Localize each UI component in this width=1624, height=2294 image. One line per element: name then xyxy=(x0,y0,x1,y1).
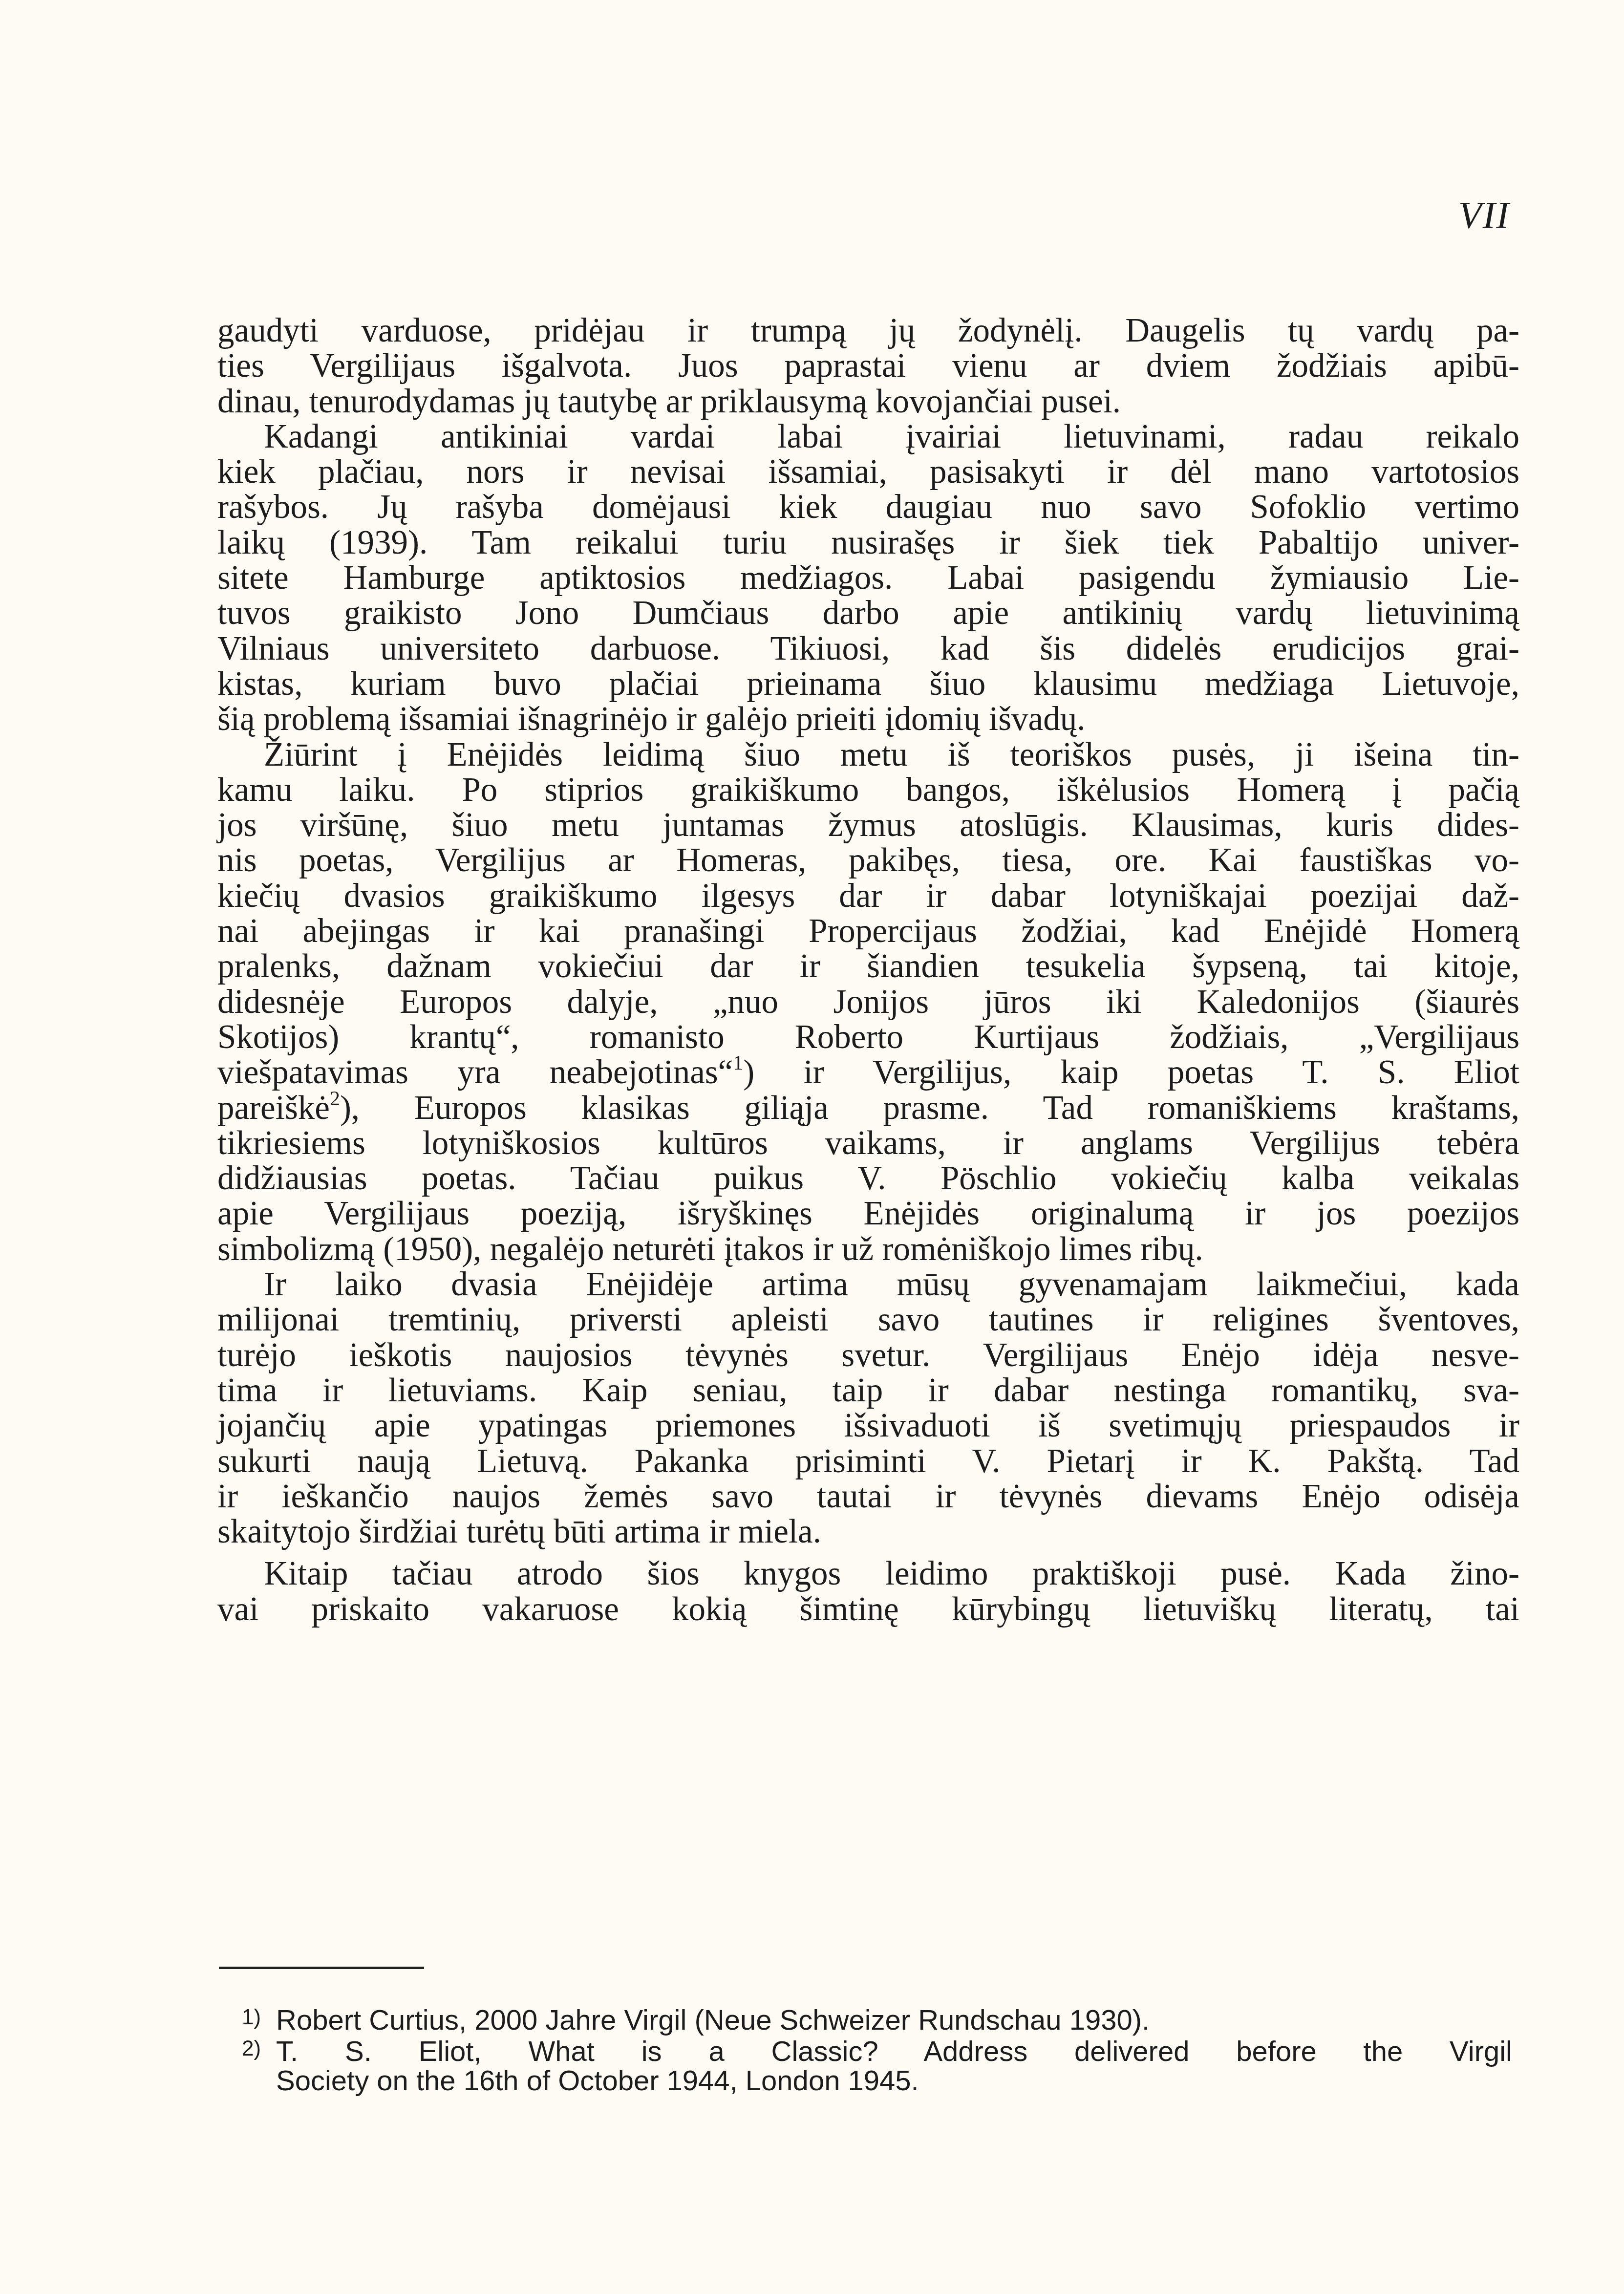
footnote-separator xyxy=(219,1967,424,1969)
footnotes: 1) Robert Curtius, 2000 Jahre Virgil (Ne… xyxy=(247,2006,1512,2096)
text-line: didesnėje Europos dalyje, „nuo Jonijos j… xyxy=(217,984,1519,1019)
text-line: dinau, tenurodydamas jų tautybę ar prikl… xyxy=(217,384,1519,419)
text-segment: ) ir Vergilijus, kaip poetas T. S. Eliot xyxy=(743,1053,1519,1091)
text-line-with-footnote-ref: viešpatavimas yra neabejotinas“1) ir Ver… xyxy=(217,1054,1519,1090)
text-line: tikriesiems lotyniškosios kultūros vaika… xyxy=(217,1125,1519,1160)
text-line: turėjo ieškotis naujosios tėvynės svetur… xyxy=(217,1337,1519,1372)
text-line-with-footnote-ref: pareiškė2), Europos klasikas giliąja pra… xyxy=(217,1090,1519,1125)
text-line: didžiausias poetas. Tačiau puikus V. Pös… xyxy=(217,1160,1519,1196)
text-line: tuvos graikisto Jono Dumčiaus darbo apie… xyxy=(217,595,1519,630)
text-line: pralenks, dažnam vokiečiui dar ir šiandi… xyxy=(217,948,1519,984)
text-line: milijonai tremtinių, priversti apleisti … xyxy=(217,1302,1519,1337)
footnote-line: T. S. Eliot, What is a Classic? Address … xyxy=(276,2037,1512,2066)
text-segment: pareiškė xyxy=(217,1089,330,1126)
paragraph-start-line: Kadangi antikiniai vardai labai įvairiai… xyxy=(217,419,1519,454)
footnote-mark: 2) xyxy=(242,2034,261,2063)
text-line: jojančių apie ypatingas priemones išsiva… xyxy=(217,1408,1519,1443)
text-segment: ), Europos klasikas giliąja prasme. Tad … xyxy=(340,1089,1519,1126)
footnote-line: Robert Curtius, 2000 Jahre Virgil (Neue … xyxy=(276,2006,1512,2035)
text-line: ir ieškančio naujos žemės savo tautai ir… xyxy=(217,1479,1519,1514)
text-line: sitete Hamburge aptiktosios medžiagos. L… xyxy=(217,560,1519,595)
text-line: jos viršūnę, šiuo metu juntamas žymus at… xyxy=(217,807,1519,842)
text-line: Vilniaus universiteto darbuose. Tikiuosi… xyxy=(217,631,1519,666)
footnote-line: Society on the 16th of October 1944, Lon… xyxy=(276,2066,1512,2096)
text-line: nis poetas, Vergilijus ar Homeras, pakib… xyxy=(217,842,1519,878)
text-line: Skotijos) krantų“, romanisto Roberto Kur… xyxy=(217,1019,1519,1054)
body-text: gaudyti varduose, pridėjau ir trumpą jų … xyxy=(217,313,1519,1627)
paragraph-start-line: Žiūrint į Enėjidės leidimą šiuo metu iš … xyxy=(217,737,1519,772)
text-line: ties Vergilijaus išgalvota. Juos paprast… xyxy=(217,348,1519,383)
footnote-mark: 1) xyxy=(242,2003,261,2032)
text-line: kiečių dvasios graikiškumo ilgesys dar i… xyxy=(217,878,1519,913)
text-line: gaudyti varduose, pridėjau ir trumpą jų … xyxy=(217,313,1519,348)
text-line: simbolizmą (1950), negalėjo neturėti įta… xyxy=(217,1231,1519,1266)
text-segment: viešpatavimas yra neabejotinas“ xyxy=(217,1053,733,1091)
footnote-1: 1) Robert Curtius, 2000 Jahre Virgil (Ne… xyxy=(247,2006,1512,2035)
footnote-2: 2) T. S. Eliot, What is a Classic? Addre… xyxy=(247,2037,1512,2096)
text-line: kiek plačiau, nors ir nevisai išsamiai, … xyxy=(217,454,1519,489)
text-line: tima ir lietuviams. Kaip seniau, taip ir… xyxy=(217,1372,1519,1408)
text-line: šią problemą išsamiai išnagrinėjo ir gal… xyxy=(217,701,1519,736)
text-line: apie Vergilijaus poeziją, išryškinęs Enė… xyxy=(217,1196,1519,1231)
text-line: skaitytojo širdžiai turėtų būti artima i… xyxy=(217,1514,1519,1549)
text-line: vai priskaito vakaruose kokią šimtinę kū… xyxy=(217,1591,1519,1627)
page-number: VII xyxy=(1458,193,1510,237)
text-line: nai abejingas ir kai pranašingi Properci… xyxy=(217,913,1519,948)
text-line: rašybos. Jų rašyba domėjausi kiek daugia… xyxy=(217,489,1519,524)
text-line: kamu laiku. Po stiprios graikiškumo bang… xyxy=(217,772,1519,807)
text-line: sukurti naują Lietuvą. Pakanka prisimint… xyxy=(217,1443,1519,1479)
paragraph-start-line: Kitaip tačiau atrodo šios knygos leidimo… xyxy=(217,1556,1519,1591)
paragraph-start-line: Ir laiko dvasia Enėjidėje artima mūsų gy… xyxy=(217,1266,1519,1302)
text-line: laikų (1939). Tam reikalui turiu nusiraš… xyxy=(217,525,1519,560)
footnote-ref-2[interactable]: 2 xyxy=(330,1088,340,1110)
text-line: kistas, kuriam buvo plačiai prieinama ši… xyxy=(217,666,1519,701)
footnote-ref-1[interactable]: 1 xyxy=(733,1052,743,1074)
